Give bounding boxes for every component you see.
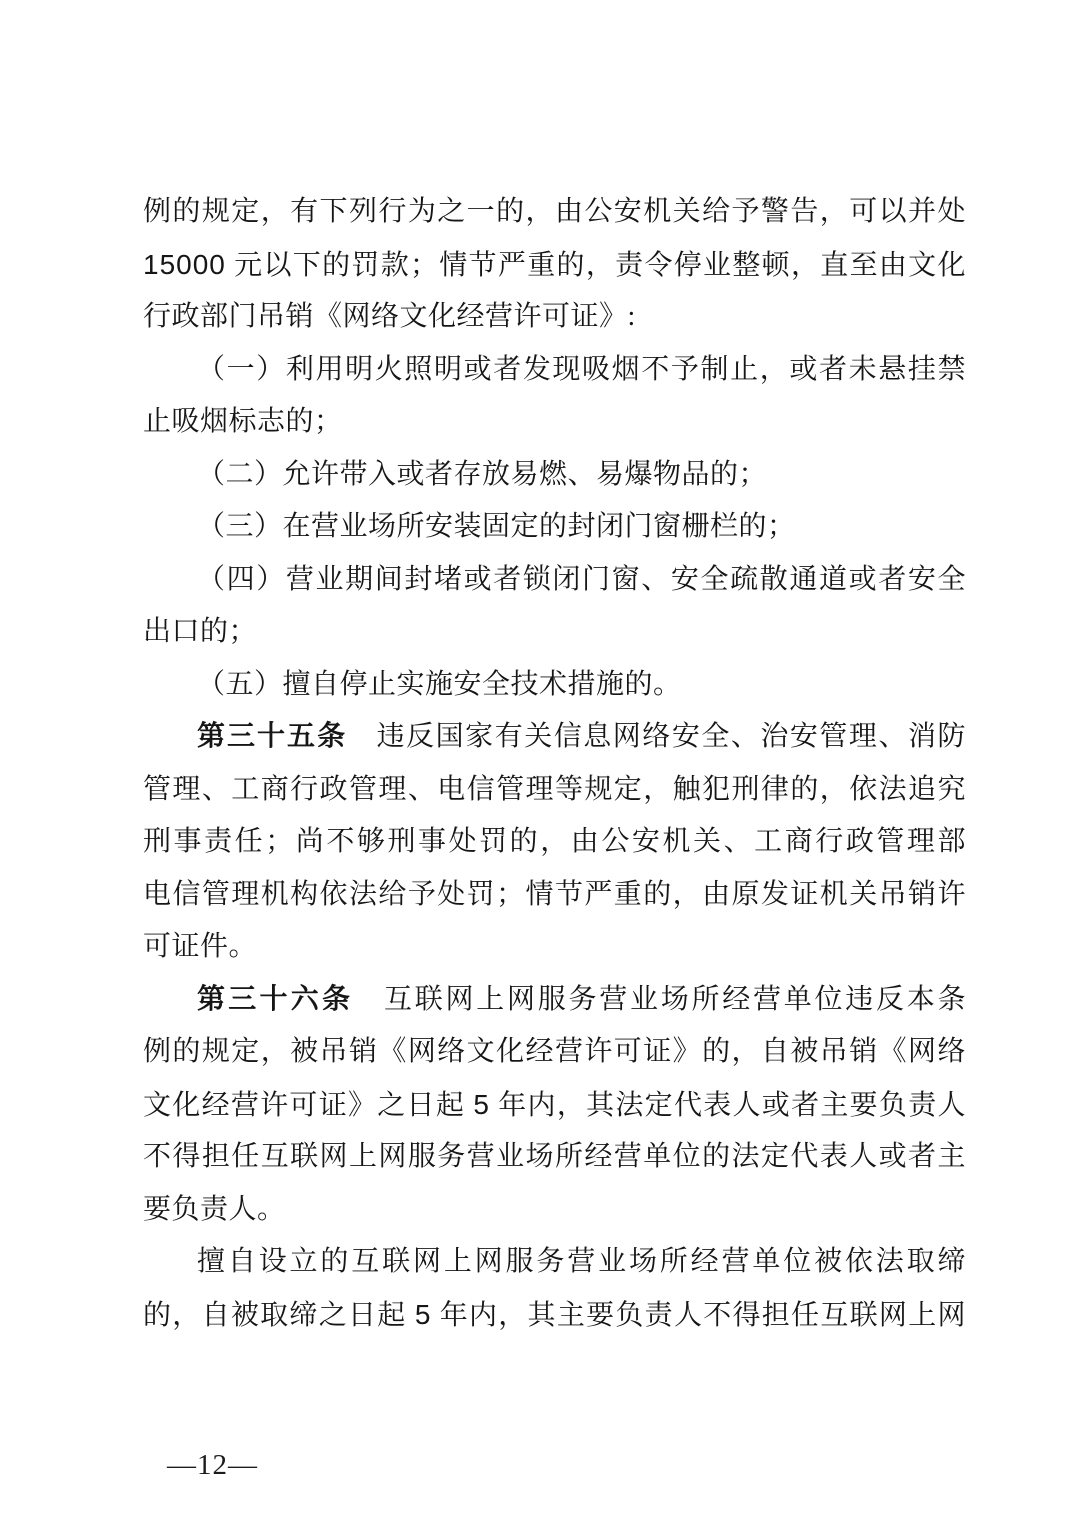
- text-segment: 互联网上网服务营业场所经营单位违反本条: [353, 984, 966, 1015]
- paragraph: （三）在营业场所安装固定的封闭门窗栅栏的；: [143, 501, 966, 554]
- document-body: 例的规定，有下列行为之一的，由公安机关给予警告，可以并处15000 元以下的罚款…: [143, 186, 966, 1341]
- text-segment: 年内，其主要负责人不得担任互联网上网: [431, 1300, 966, 1331]
- numeral: 15000: [143, 249, 226, 280]
- text-segment: 年内，其法定代表人或者主要负责人: [490, 1090, 966, 1121]
- document-page: 例的规定，有下列行为之一的，由公安机关给予警告，可以并处15000 元以下的罚款…: [0, 0, 1074, 1520]
- numeral: 5: [415, 1299, 432, 1330]
- document-line: （三）在营业场所安装固定的封闭门窗栅栏的；: [143, 501, 966, 554]
- text-segment: 元以下的罚款；情节严重的，责令停业整顿，直至由文化: [226, 250, 966, 281]
- text-segment: 违反国家有关信息网络安全、治安管理、消防: [347, 721, 966, 752]
- document-line: （二）允许带入或者存放易燃、易爆物品的；: [143, 449, 966, 502]
- document-line: 的，自被取缔之日起 5 年内，其主要负责人不得担任互联网上网: [143, 1289, 966, 1342]
- document-line: 15000 元以下的罚款；情节严重的，责令停业整顿，直至由文化: [143, 239, 966, 292]
- article-heading: 第三十五条: [197, 721, 347, 752]
- paragraph: （二）允许带入或者存放易燃、易爆物品的；: [143, 449, 966, 502]
- paragraph: （四）营业期间封堵或者锁闭门窗、安全疏散通道或者安全出口的；: [143, 554, 966, 659]
- article-heading: 第三十六条: [197, 984, 353, 1015]
- paragraph: 第三十六条 互联网上网服务营业场所经营单位违反本条例的规定，被吊销《网络文化经营…: [143, 974, 966, 1237]
- document-line: 擅自设立的互联网上网服务营业场所经营单位被依法取缔: [143, 1236, 966, 1289]
- text-segment: 的，自被取缔之日起: [143, 1300, 415, 1331]
- document-line: 第三十五条 违反国家有关信息网络安全、治安管理、消防: [143, 711, 966, 764]
- numeral: 5: [473, 1089, 490, 1120]
- text-segment: 文化经营许可证》之日起: [143, 1090, 473, 1121]
- paragraph: 例的规定，有下列行为之一的，由公安机关给予警告，可以并处15000 元以下的罚款…: [143, 186, 966, 344]
- document-line: 第三十六条 互联网上网服务营业场所经营单位违反本条: [143, 974, 966, 1027]
- document-line: 要负责人。: [143, 1184, 966, 1237]
- document-line: 管理、工商行政管理、电信管理等规定，触犯刑律的，依法追究: [143, 764, 966, 817]
- paragraph: 擅自设立的互联网上网服务营业场所经营单位被依法取缔的，自被取缔之日起 5 年内，…: [143, 1236, 966, 1341]
- paragraph: （五）擅自停止实施安全技术措施的。: [143, 659, 966, 712]
- document-line: 可证件。: [143, 921, 966, 974]
- paragraph: （一）利用明火照明或者发现吸烟不予制止，或者未悬挂禁止吸烟标志的；: [143, 344, 966, 449]
- document-line: 出口的；: [143, 606, 966, 659]
- document-line: （一）利用明火照明或者发现吸烟不予制止，或者未悬挂禁: [143, 344, 966, 397]
- document-line: 行政部门吊销《网络文化经营许可证》:: [143, 291, 966, 344]
- document-line: 电信管理机构依法给予处罚；情节严重的，由原发证机关吊销许: [143, 869, 966, 922]
- document-line: （四）营业期间封堵或者锁闭门窗、安全疏散通道或者安全: [143, 554, 966, 607]
- document-line: 文化经营许可证》之日起 5 年内，其法定代表人或者主要负责人: [143, 1079, 966, 1132]
- page-number: —12—: [167, 1449, 258, 1482]
- document-line: 例的规定，被吊销《网络文化经营许可证》的，自被吊销《网络: [143, 1026, 966, 1079]
- document-line: （五）擅自停止实施安全技术措施的。: [143, 659, 966, 712]
- document-line: 例的规定，有下列行为之一的，由公安机关给予警告，可以并处: [143, 186, 966, 239]
- paragraph: 第三十五条 违反国家有关信息网络安全、治安管理、消防管理、工商行政管理、电信管理…: [143, 711, 966, 974]
- document-line: 止吸烟标志的；: [143, 396, 966, 449]
- document-line: 刑事责任；尚不够刑事处罚的，由公安机关、工商行政管理部门、: [143, 816, 966, 869]
- document-line: 不得担任互联网上网服务营业场所经营单位的法定代表人或者主: [143, 1131, 966, 1184]
